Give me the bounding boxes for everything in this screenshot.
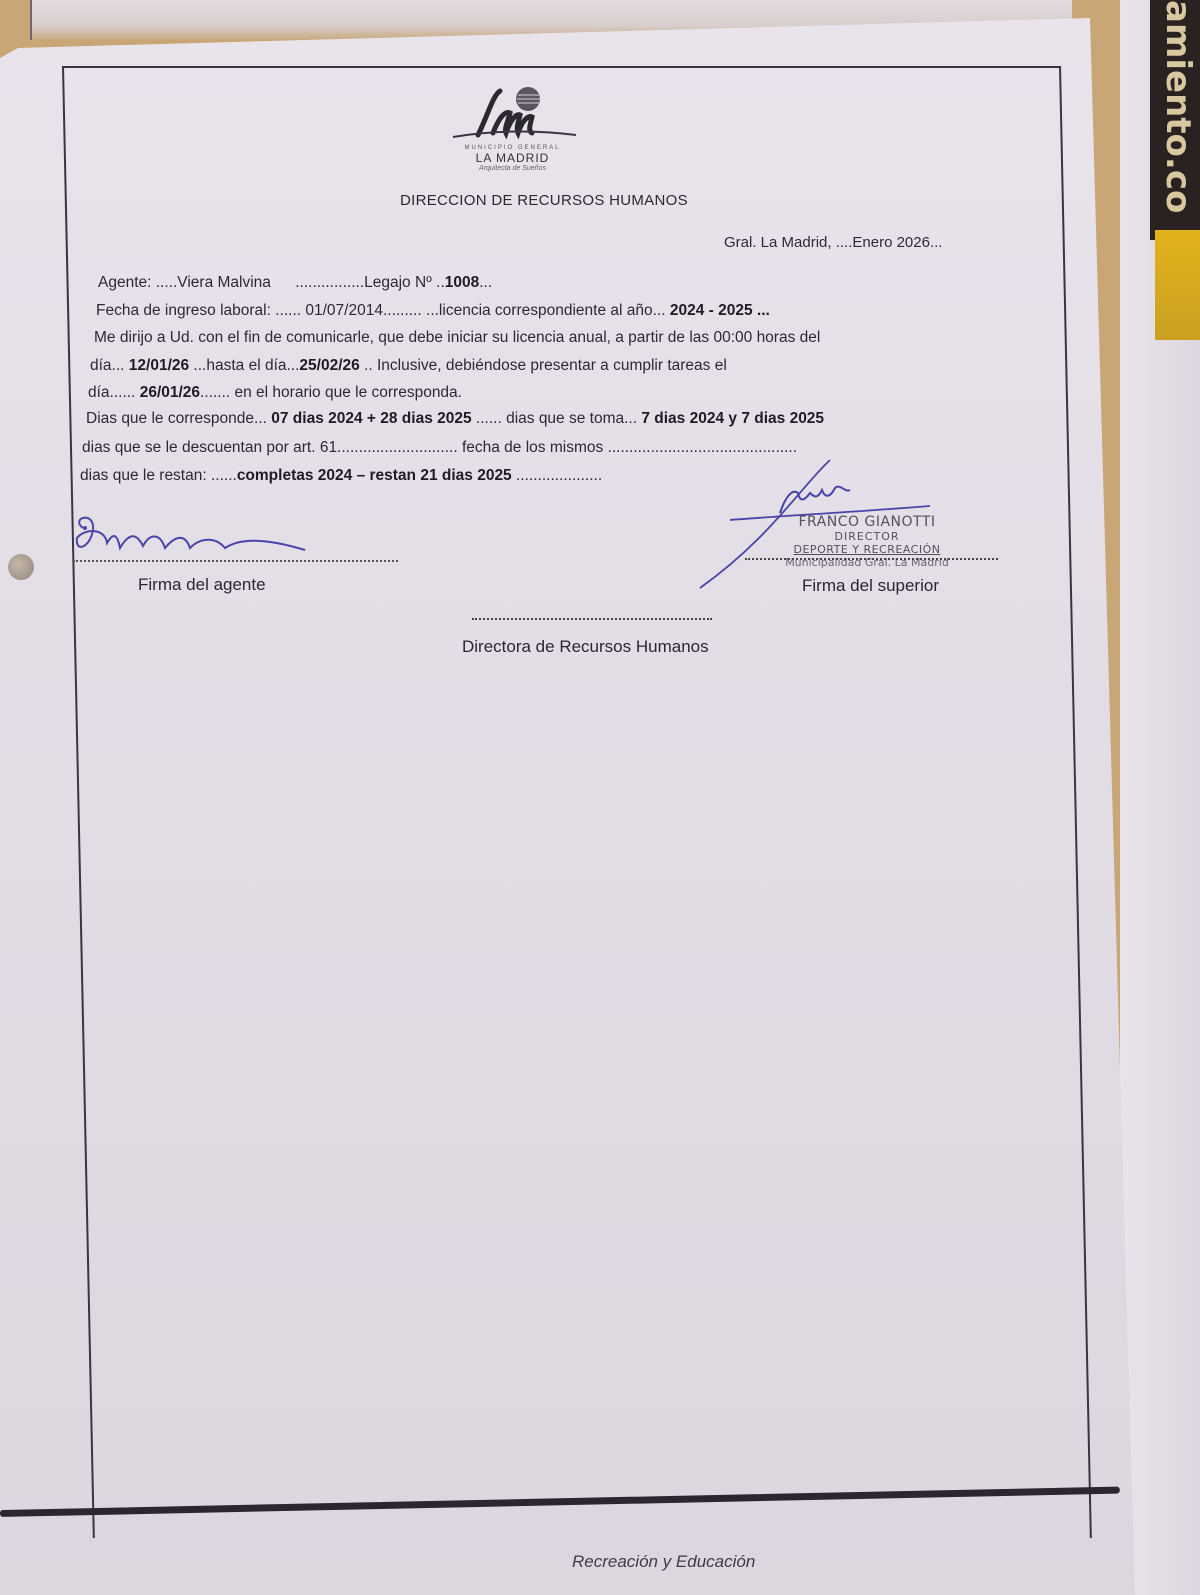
ingreso-line: Fecha de ingreso laboral: ...... 01/07/2… <box>96 302 770 320</box>
restan-line: dias que le restan: ......completas 2024… <box>80 467 602 485</box>
paragraph-line-1: Me dirijo a Ud. con el fin de comunicarl… <box>94 329 820 347</box>
lm-monogram-icon <box>448 85 578 143</box>
licencia-label: ......... ...licencia correspondiente al… <box>383 302 670 319</box>
agente-signature-line <box>73 560 398 562</box>
hasta-label: ...hasta el día... <box>189 357 299 374</box>
department-title: DIRECCION DE RECURSOS HUMANOS <box>400 192 688 209</box>
dias-corresponde: 07 dias 2024 + 28 dias 2025 <box>271 410 471 427</box>
dates-line: día... 12/01/26 ...hasta el día...25/02/… <box>90 357 727 375</box>
legajo-suffix: ... <box>479 274 492 291</box>
stamp-name: FRANCO GIANOTTI <box>762 514 972 530</box>
dia-inicio-label: día... <box>90 357 129 374</box>
dia-fin: 25/02/26 <box>299 357 359 374</box>
place-date: Gral. La Madrid, ....Enero 2026... <box>724 234 942 251</box>
logo-tagline: Arquitecta de Sueños <box>445 165 580 172</box>
next-sheet-footer-text: Recreación y Educación <box>572 1552 755 1572</box>
logo-name: LA MADRID <box>445 151 580 165</box>
stamp-title: DIRECTOR <box>762 530 972 543</box>
municipality-logo: MUNICIPIO GENERAL LA MADRID Arquitecta d… <box>445 85 580 172</box>
dia-presentar-label: día...... <box>88 384 140 401</box>
ingreso-label: Fecha de ingreso laboral: ...... <box>96 302 305 319</box>
dia-presentar: 26/01/26 <box>140 384 200 401</box>
director-stamp: FRANCO GIANOTTI DIRECTOR DEPORTE Y RECRE… <box>762 514 972 569</box>
dia-inicio: 12/01/26 <box>129 357 189 374</box>
agente-name: Viera Malvina <box>177 274 271 291</box>
dias-toma-label: ...... dias que se toma... <box>472 410 642 427</box>
background-flyer-yellow <box>1155 230 1200 340</box>
descuento-line: dias que se le descuentan por art. 61...… <box>82 439 797 457</box>
underlying-sheet-logo-text: LA MADRID <box>507 0 586 1</box>
dias-corresponde-line: Dias que le corresponde... 07 dias 2024 … <box>86 410 824 428</box>
superior-signature-caption: Firma del superior <box>802 576 939 596</box>
background-flyer: amiento.co <box>1150 0 1200 240</box>
licencia-year: 2024 - 2025 ... <box>670 302 770 319</box>
agente-label: Agente: ..... <box>98 274 177 291</box>
directora-signature-caption: Directora de Recursos Humanos <box>462 637 709 657</box>
inclusive-text: .. Inclusive, debiéndose presentar a cum… <box>360 357 727 374</box>
restan-value: completas 2024 – restan 21 dias 2025 <box>237 467 512 484</box>
agente-line: Agente: .....Viera Malvina .............… <box>98 274 492 292</box>
legajo-number: 1008 <box>445 274 479 291</box>
punch-hole <box>8 554 34 580</box>
agente-signature-caption: Firma del agente <box>138 575 266 595</box>
directora-signature-line <box>472 618 712 620</box>
restan-label: dias que le restan: ...... <box>80 467 237 484</box>
ingreso-date: 01/07/2014 <box>305 302 383 319</box>
dias-corresponde-label: Dias que le corresponde... <box>86 410 271 427</box>
legajo-label: ................Legajo Nº .. <box>295 274 445 291</box>
stamp-department: DEPORTE Y RECREACIÓN <box>762 543 972 556</box>
horario-text: ....... en el horario que le corresponda… <box>200 384 462 401</box>
presentar-line: día...... 26/01/26....... en el horario … <box>88 384 462 402</box>
agente-signature-icon <box>65 508 325 568</box>
restan-suffix: .................... <box>512 467 602 484</box>
flyer-text: amiento.co <box>1158 0 1198 213</box>
dias-toma: 7 dias 2024 y 7 dias 2025 <box>641 410 824 427</box>
superior-signature-line <box>745 558 998 560</box>
